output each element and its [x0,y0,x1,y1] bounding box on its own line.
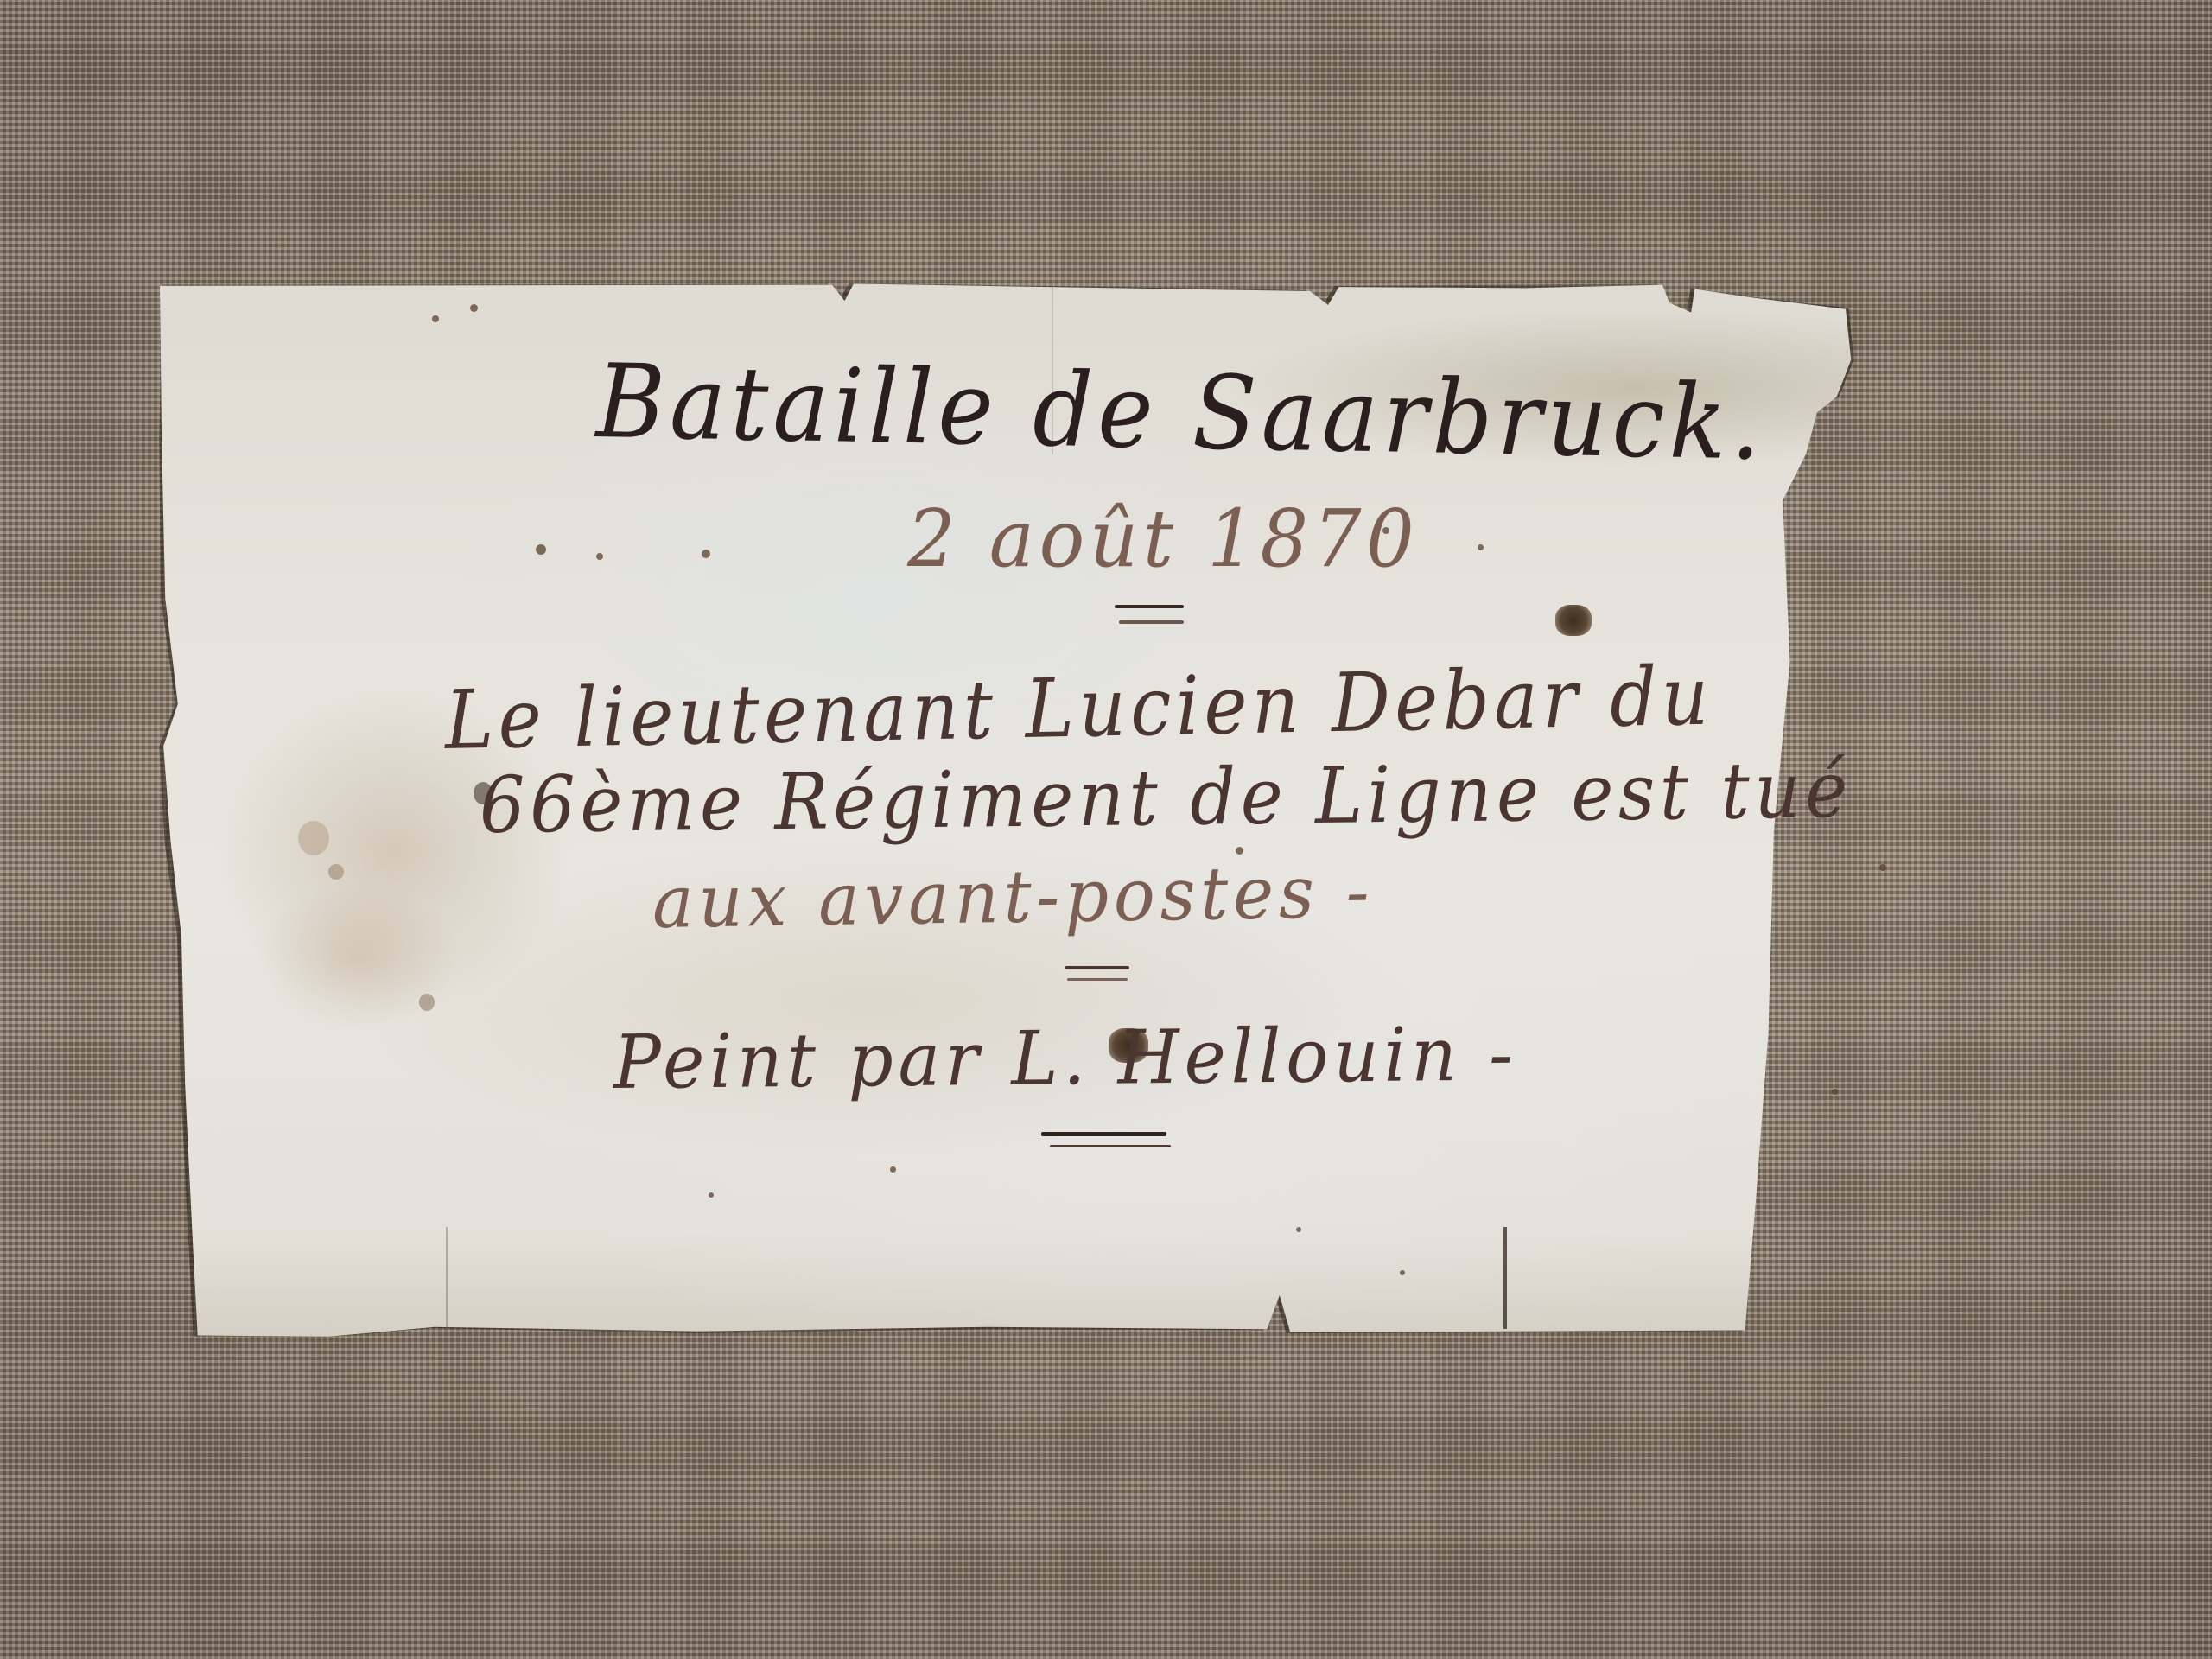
double-rule [1119,620,1184,624]
speck [702,550,710,558]
label-body-line: 66ème Régiment de Ligne est tué [479,745,1853,851]
speck [1478,544,1484,550]
speck [596,553,603,560]
speck [536,544,546,555]
speck [1879,864,1886,871]
speck [328,864,344,880]
label-title: Bataille de Saarbruck. [595,341,1767,483]
speck [470,304,478,312]
double-rule [1041,1132,1166,1136]
speck [890,1166,896,1173]
label-body-line: aux avant-postes - [652,849,1374,944]
speck [1296,1227,1301,1232]
paper-crease [446,1227,448,1331]
label-date: 2 août 1870 [907,493,1419,585]
double-rule [1115,605,1184,608]
speck [1400,1270,1405,1275]
ink-stain [1555,605,1592,636]
speck [709,1192,714,1198]
speck [432,315,439,322]
speck [1832,1089,1838,1095]
double-rule [1067,978,1128,981]
label-signature: Peint par L. Hellouin - [613,1011,1518,1106]
paper-tear [1503,1227,1507,1329]
speck [419,994,435,1011]
double-rule [1050,1145,1171,1147]
speck [298,821,329,855]
double-rule [1065,966,1129,969]
